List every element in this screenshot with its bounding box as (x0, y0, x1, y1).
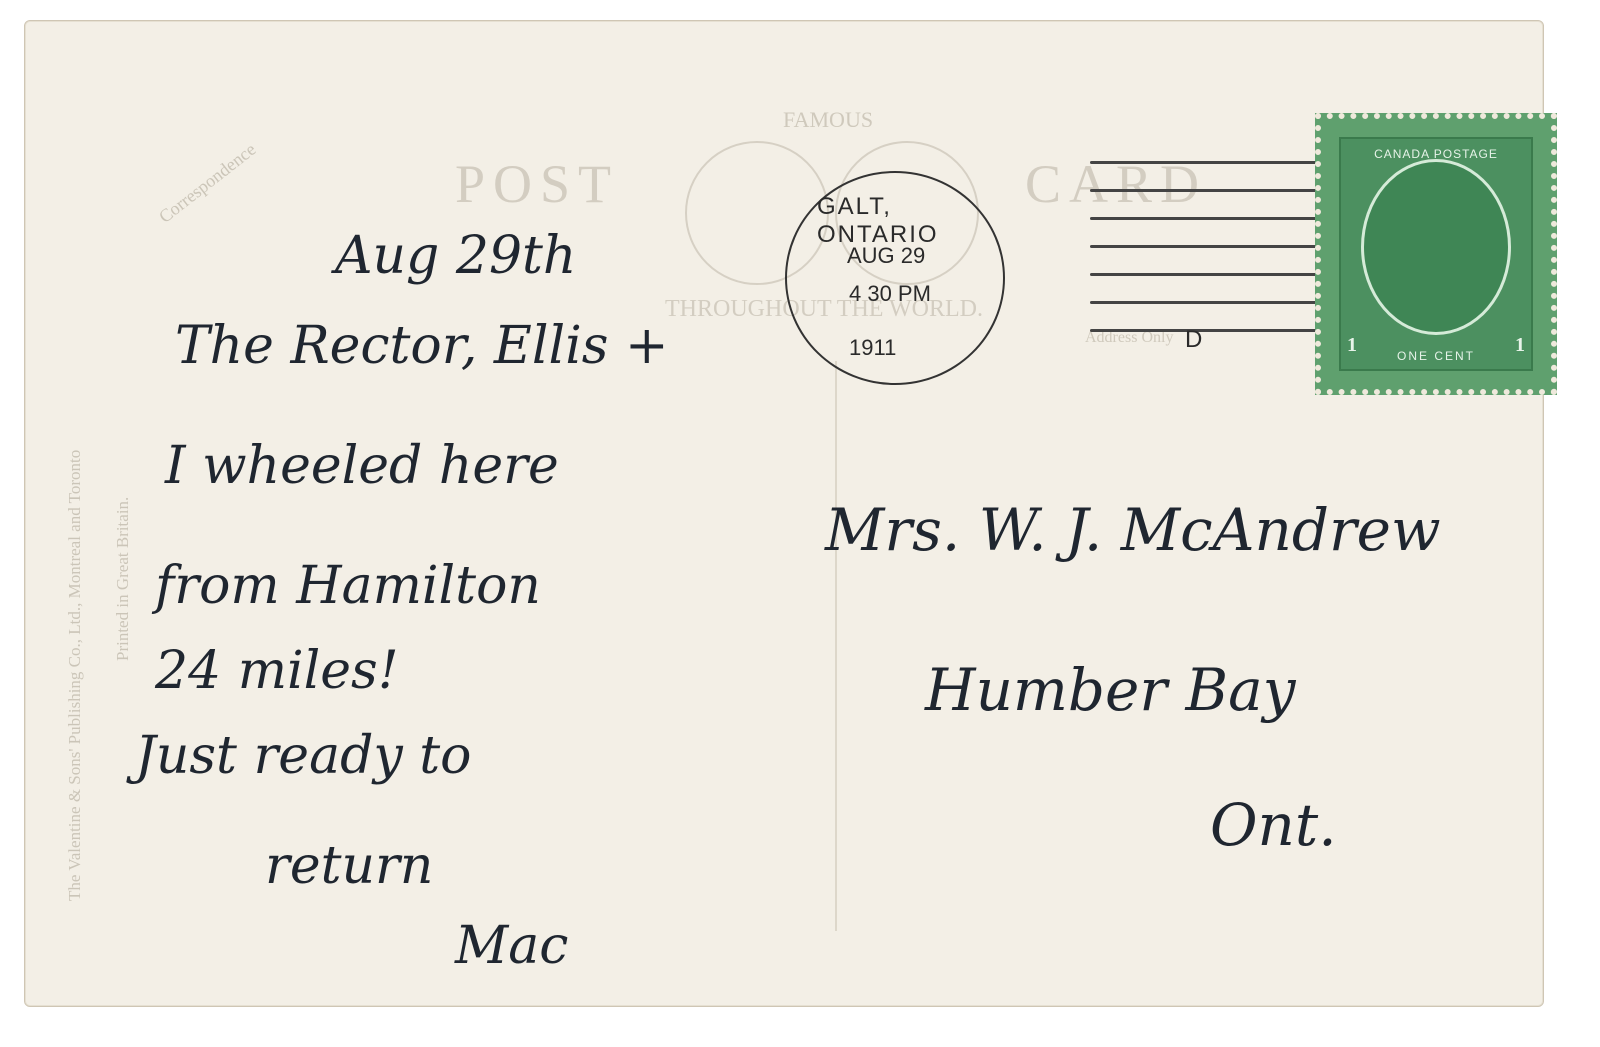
stamp-frame: CANADA POSTAGE ONE CENT 1 1 (1339, 137, 1533, 371)
postmark-city: GALT, ONTARIO (817, 193, 1003, 249)
postage-stamp: CANADA POSTAGE ONE CENT 1 1 (1315, 113, 1557, 395)
famous-label: FAMOUS (783, 107, 873, 133)
message-line: Just ready to (135, 726, 471, 786)
signature: Mac (455, 916, 568, 976)
cancel-wave-line (1090, 329, 1330, 332)
message-line: from Hamilton (155, 556, 541, 616)
stamp-country: CANADA POSTAGE (1341, 147, 1531, 161)
message-line: return (265, 836, 433, 896)
postmark-date: AUG 29 (847, 243, 925, 269)
post-heading: POST (455, 153, 619, 215)
cancel-wave-line (1090, 301, 1330, 304)
center-divider (835, 361, 837, 931)
cancel-wave-line (1090, 161, 1330, 164)
address-line: Mrs. W. J. McAndrew (825, 496, 1441, 564)
postcard-back: The Valentine & Sons' Publishing Co., Lt… (24, 20, 1544, 1007)
cancel-wave-line (1090, 217, 1330, 220)
stamp-value-left: 1 (1347, 334, 1357, 357)
address-line: Ont. (1210, 791, 1337, 859)
message-line: Aug 29th (335, 226, 576, 286)
stamp-value-right: 1 (1515, 334, 1525, 357)
cancel-wave-line (1090, 273, 1330, 276)
cancel-wave-line (1090, 189, 1330, 192)
king-portrait-icon (1361, 159, 1511, 335)
publisher-imprint: The Valentine & Sons' Publishing Co., Lt… (65, 450, 85, 901)
correspondence-label: Correspondence (155, 139, 260, 228)
message-line: I wheeled here (165, 436, 559, 496)
postmark-time: 4 30 PM (849, 281, 931, 307)
postmark-year: 1911 (849, 335, 896, 361)
message-line: The Rector, Ellis + (175, 316, 669, 376)
message-line: 24 miles! (155, 641, 399, 701)
address-line: Humber Bay (925, 656, 1296, 724)
printed-in-note: Printed in Great Britain. (113, 497, 133, 661)
cancel-letter: D (1185, 326, 1202, 354)
stamp-denomination: ONE CENT (1341, 349, 1531, 363)
postmark-circle: GALT, ONTARIO AUG 29 4 30 PM 1911 (785, 171, 1005, 385)
cancel-wave-line (1090, 245, 1330, 248)
